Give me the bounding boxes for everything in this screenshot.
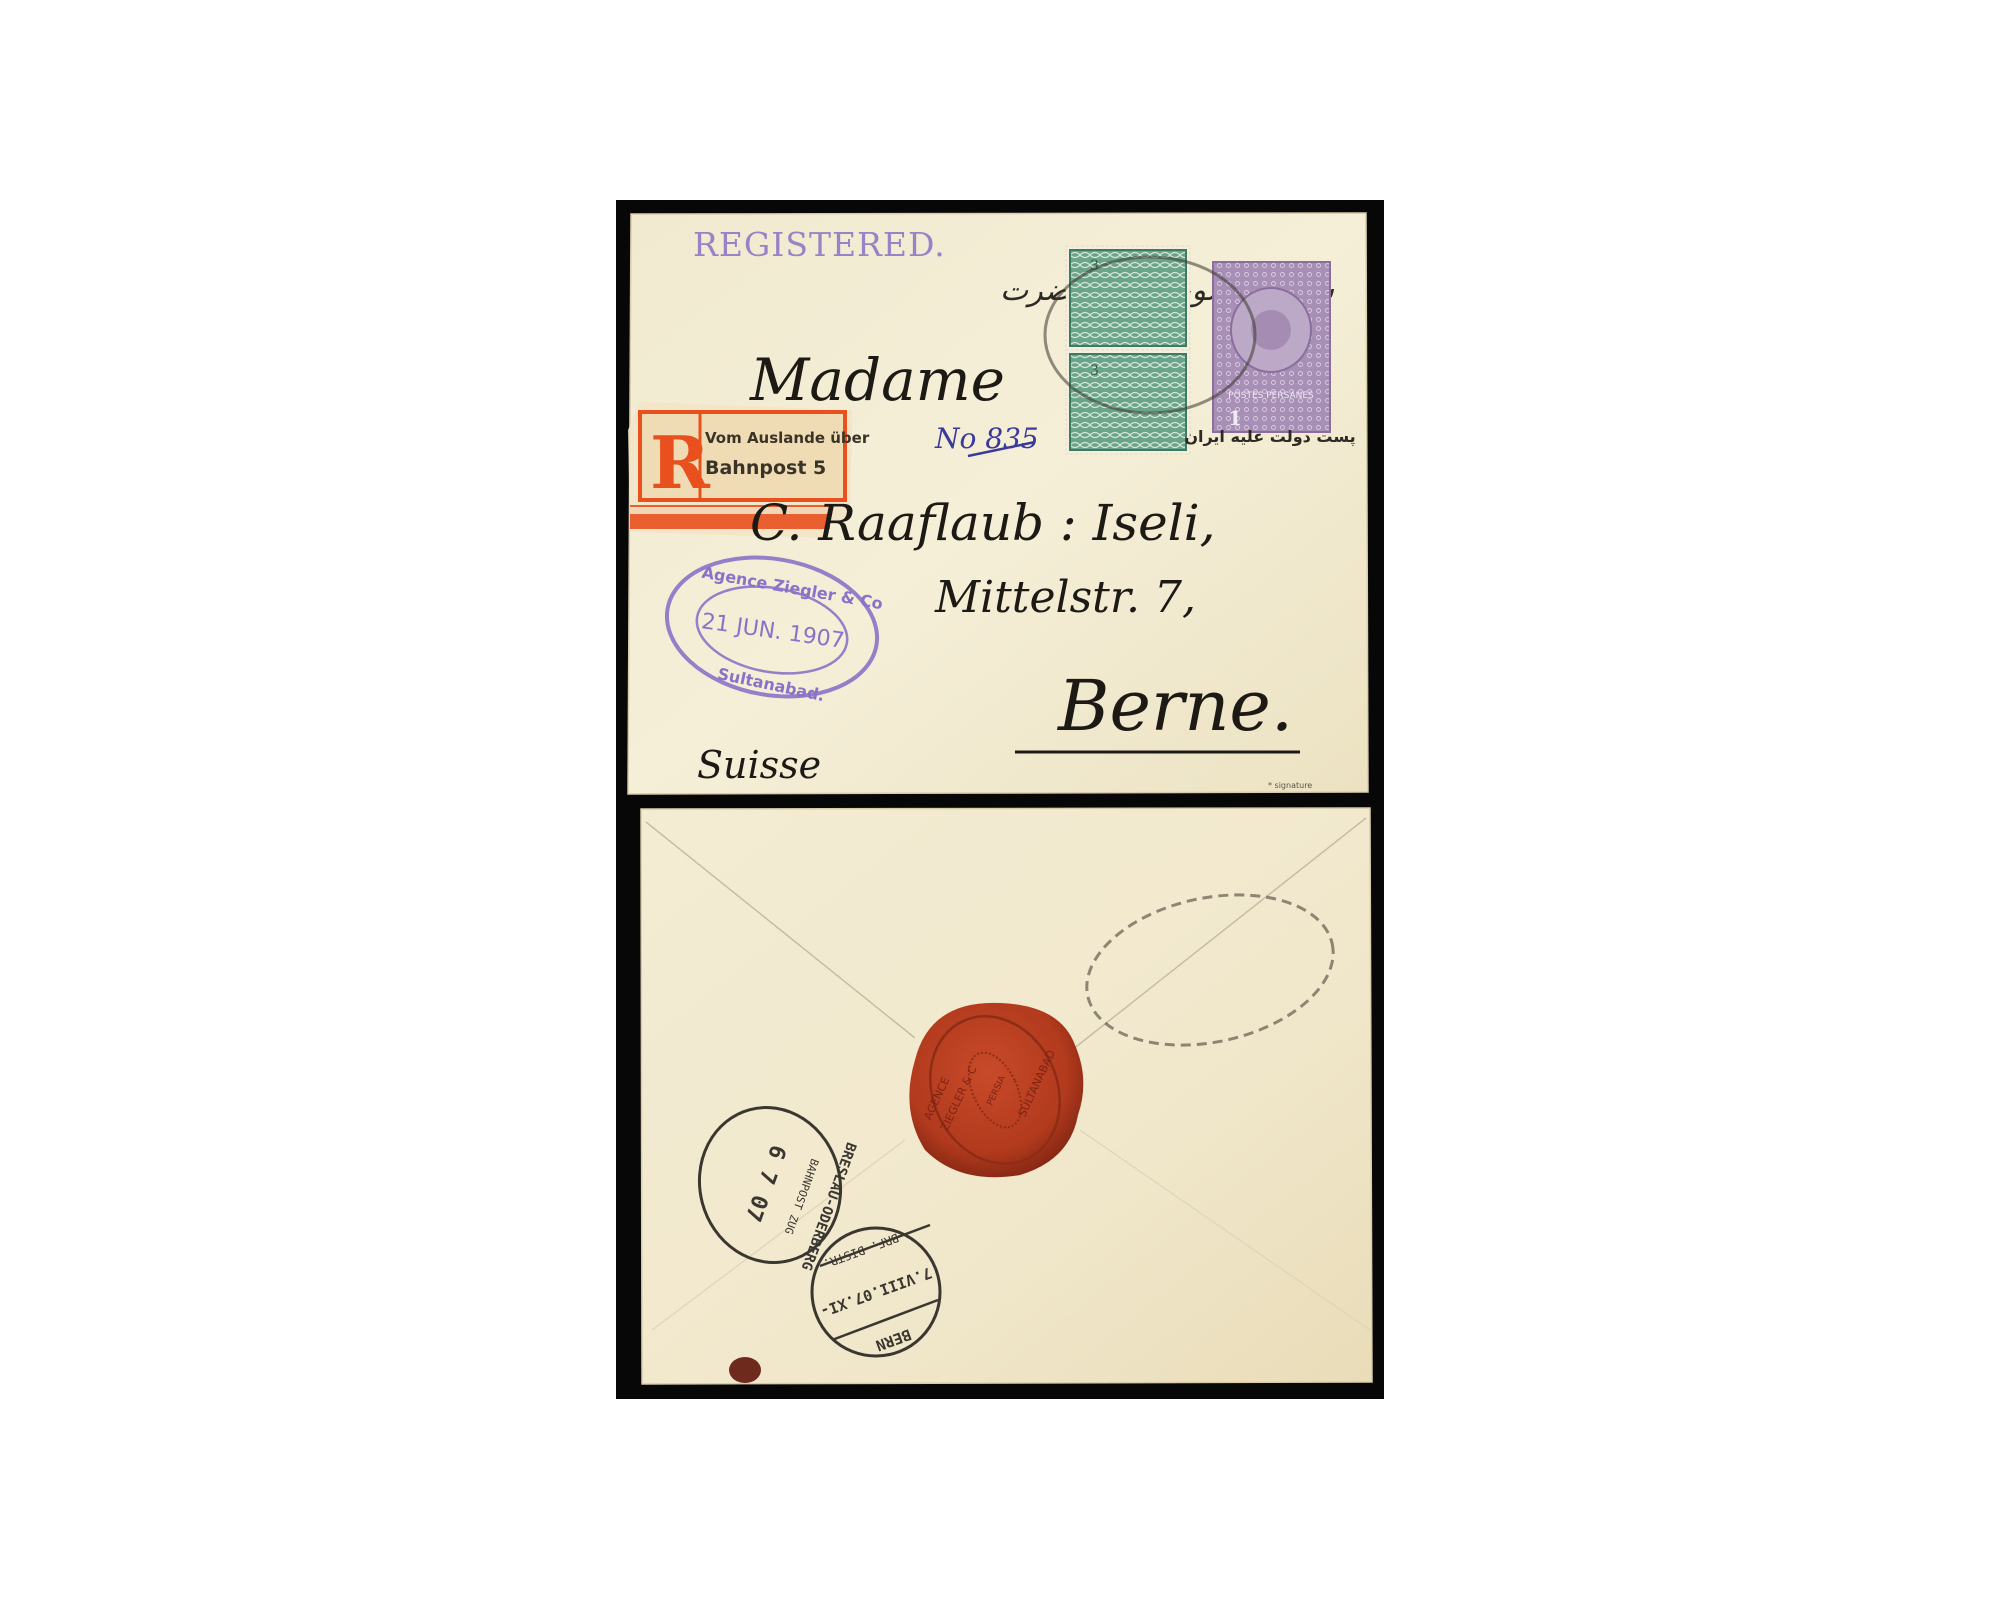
- addressee-street: Mittelstr. 7,: [934, 572, 1196, 623]
- corner-signature: * signature: [1268, 781, 1312, 790]
- addressee-name: C. Raaflaub : Iseli,: [750, 494, 1216, 552]
- envelope-back: PERSIA AGENCE ZIEGLER & C SULTANABAD BRE…: [641, 808, 1372, 1384]
- addressee-salutation: Madame: [749, 346, 1005, 414]
- stamp-overprint: پست دولت علیه ایران: [1184, 427, 1355, 447]
- stamp-inscription: POSTES PERSANES: [1228, 391, 1314, 401]
- small-wax-blob: [729, 1357, 761, 1383]
- registered-handstamp: REGISTERED.: [693, 225, 946, 264]
- stamp-denomination: 3: [1090, 363, 1099, 379]
- registration-letter: R: [650, 420, 711, 505]
- registration-label-line2: Bahnpost 5: [705, 457, 826, 479]
- green-stamp-pair: 3 3: [1066, 246, 1190, 454]
- addressee-country: Suisse: [697, 743, 821, 787]
- addressee-city: Berne.: [1056, 665, 1293, 747]
- registration-label-line1: Vom Auslande über: [705, 429, 870, 447]
- envelope-photo: REGISTERED. سفارت سویس اعلیحضرت Madame R…: [0, 0, 2000, 1600]
- registration-number: No 835: [934, 422, 1039, 455]
- envelope-front: REGISTERED. سفارت سویس اعلیحضرت Madame R…: [628, 213, 1368, 794]
